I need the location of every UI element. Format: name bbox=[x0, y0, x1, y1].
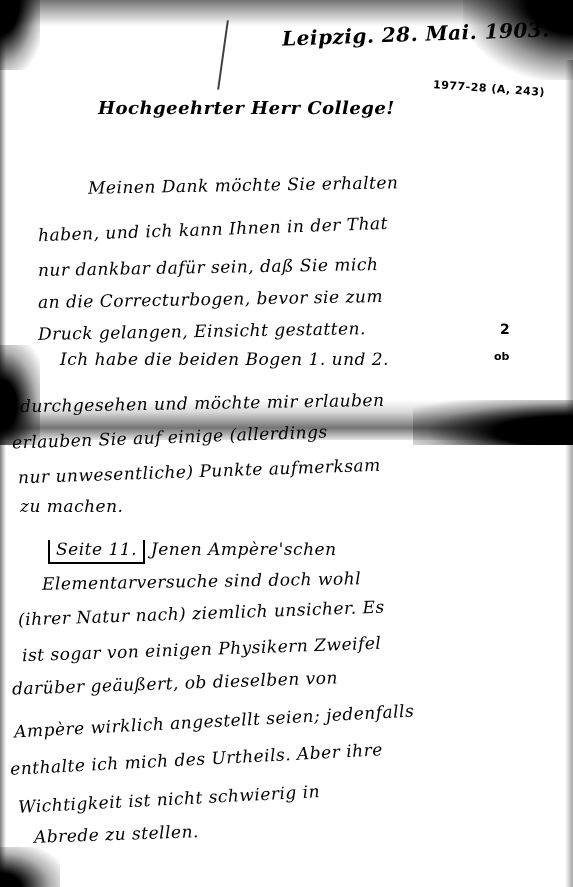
letter-line: Ich habe die beiden Bogen 1. und 2. bbox=[60, 350, 389, 370]
letter-line: Abrede zu stellen. bbox=[34, 822, 200, 848]
fold-shadow-left bbox=[0, 345, 40, 445]
letter-line: nur dankbar dafür sein, daß Sie mich bbox=[38, 255, 379, 281]
page-reference-box: Seite 11. bbox=[48, 540, 145, 564]
salutation: Hochgeehrter Herr College! bbox=[98, 98, 395, 119]
letter-line: Wichtigkeit ist nicht schwierig in bbox=[18, 782, 321, 818]
letter-line: Druck gelangen, Einsicht gestatten. bbox=[38, 319, 366, 345]
letter-line: (ihrer Natur nach) ziemlich unsicher. Es bbox=[18, 598, 385, 631]
letter-line: haben, und ich kann Ihnen in der That bbox=[38, 214, 389, 246]
letter-line: Jenen Ampère'schen bbox=[151, 540, 337, 560]
scan-shadow-right bbox=[565, 60, 573, 887]
archive-reference: 1977-28 (A, 243) bbox=[433, 78, 546, 99]
letter-line: darüber geäußert, ob dieselben von bbox=[12, 668, 338, 699]
letter-line: an die Correcturbogen, bevor sie zum bbox=[38, 287, 383, 313]
letter-line: ist sogar von einigen Physikern Zweifel bbox=[22, 634, 382, 667]
margin-mark: ob bbox=[494, 350, 509, 363]
scanned-letter-page: Leipzig. 28. Mai. 1903. 1977-28 (A, 243)… bbox=[0, 0, 573, 887]
pencil-stroke bbox=[217, 20, 229, 90]
letter-line: Meinen Dank möchte Sie erhalten bbox=[88, 173, 399, 198]
letter-line: enthalte ich mich des Urtheils. Aber ihr… bbox=[10, 740, 384, 779]
scan-shadow-bottom-left bbox=[0, 847, 60, 887]
letter-line: Elementarversuche sind doch wohl bbox=[42, 569, 361, 595]
section-label-line: Seite 11. Jenen Ampère'schen bbox=[48, 540, 337, 564]
scan-shadow-top-left bbox=[0, 0, 40, 70]
fold-shadow-right bbox=[413, 400, 573, 445]
margin-mark: 2 bbox=[500, 322, 510, 338]
letter-line: nur unwesentliche) Punkte aufmerksam bbox=[18, 456, 381, 489]
letter-line: Ampère wirklich angestellt seien; jedenf… bbox=[14, 702, 415, 743]
letter-line: zu machen. bbox=[20, 497, 123, 517]
